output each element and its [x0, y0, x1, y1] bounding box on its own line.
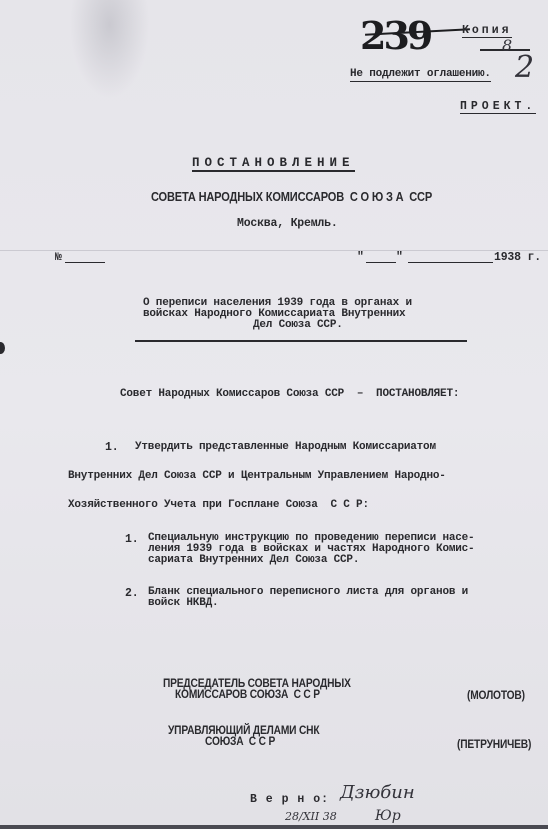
disclosure-note: Не подлежит оглашению.: [350, 68, 491, 82]
subitem-1-number: 1.: [125, 533, 138, 546]
signatory-1-name: (МОЛОТОВ): [467, 689, 525, 702]
date-year: 1938 г.: [494, 251, 541, 264]
month-blank: [408, 262, 493, 263]
handwritten-mark: 2: [515, 52, 534, 84]
subitem-2-line-2: войск НКВД.: [148, 598, 218, 609]
subject-underline: [135, 340, 467, 342]
certifier-signature: Дзюбин: [340, 782, 415, 803]
point-1-line-2: Внутренних Дел Союза ССР и Центральным У…: [68, 470, 446, 483]
document-page: 239 Копия 8 Не подлежит оглашению. 2 ПРО…: [0, 0, 548, 825]
punch-hole: [0, 342, 5, 354]
resolution-intro: Совет Народных Комиссаров Союза ССР – ПО…: [120, 388, 459, 401]
number-prefix: №: [55, 251, 62, 264]
point-1-line-3: Хозяйственного Учета при Госплане Союза …: [68, 499, 369, 512]
document-heading: ПОСТАНОВЛЕНИЕ: [192, 157, 355, 172]
place-line: Москва, Кремль.: [237, 217, 338, 230]
certification-label: В е р н о:: [250, 793, 329, 806]
scan-bottom-edge: [0, 825, 548, 829]
point-1-number: 1.: [105, 441, 118, 454]
point-1-line-1: Утвердить представленные Народным Комисс…: [135, 441, 436, 454]
signatory-2-title-line-2: СОЮЗА С С Р: [205, 736, 275, 747]
number-blank: [65, 262, 105, 263]
copy-number-handwritten: 8: [502, 36, 512, 55]
certification-initials-handwritten: Юр: [375, 808, 401, 824]
subitem-2-number: 2.: [125, 587, 138, 600]
paper-fold-line: [0, 250, 548, 251]
issuer-line: СОВЕТА НАРОДНЫХ КОМИССАРОВ С О Ю З А ССР: [151, 190, 432, 203]
signatory-2-name: (ПЕТРУНИЧЕВ): [457, 738, 531, 751]
archive-stamp-number: 239: [360, 16, 430, 56]
subitem-1-line-3: сариата Внутренних Дел Союза ССР.: [148, 555, 359, 566]
day-blank: [366, 262, 396, 263]
certification-date-handwritten: 28/XII 38: [285, 810, 337, 823]
draft-label: ПРОЕКТ.: [460, 100, 536, 114]
subject-line-3: Дел Союза ССР.: [253, 320, 343, 331]
signatory-1-title-line-2: КОМИССАРОВ СОЮЗА С С Р: [175, 689, 320, 700]
date-open-quote: ": [357, 251, 364, 264]
date-close-quote: ": [396, 251, 403, 264]
